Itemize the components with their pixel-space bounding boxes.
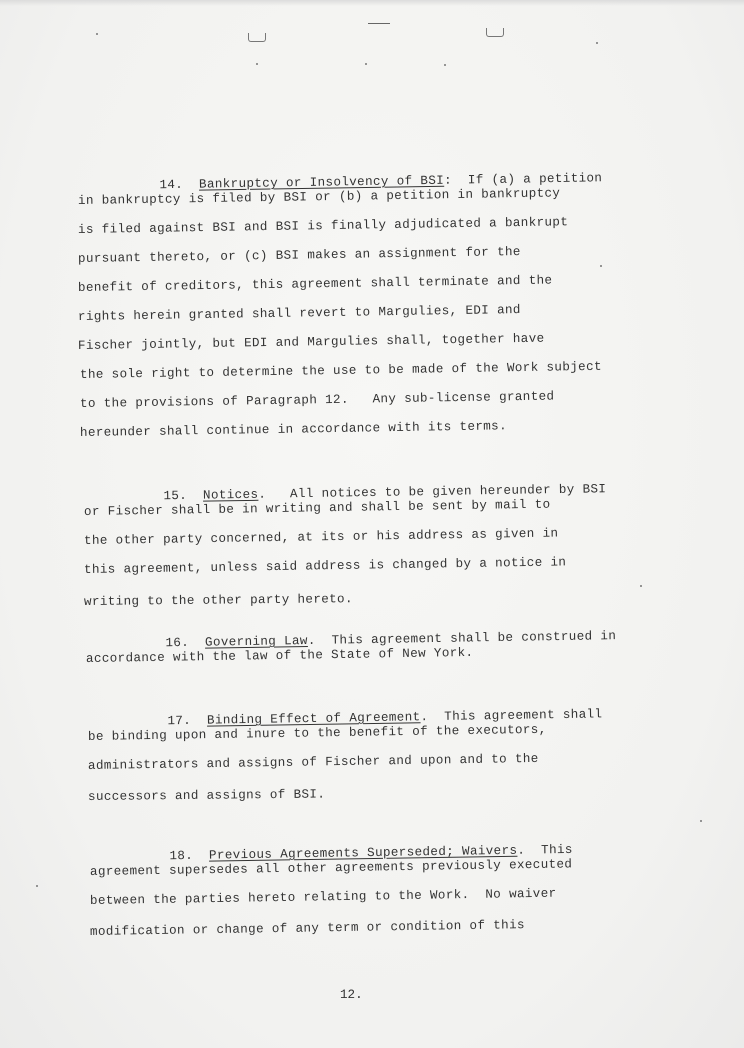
heading-punctuation: .: [308, 634, 316, 648]
text-line: rights herein granted shall revert to Ma…: [78, 303, 521, 324]
scan-artifact-speck: [444, 64, 446, 66]
scan-artifact-speck: [596, 42, 598, 44]
text-line: the other party concerned, at its or his…: [84, 527, 559, 548]
scan-artifact-mark: [486, 28, 504, 37]
text-line: If (a) a petition: [468, 171, 603, 187]
scanned-document-page: 14. Bankruptcy or Insolvency of BSI: If …: [0, 0, 744, 1048]
text-line: the sole right to determine the use to b…: [80, 360, 602, 382]
scan-artifact-speck: [640, 585, 642, 587]
paragraph-number: 16.: [165, 636, 189, 650]
scan-artifact-speck: [256, 63, 258, 65]
text-line: This: [541, 843, 573, 857]
heading-punctuation: :: [444, 174, 452, 188]
text-line: This agreement shall: [444, 707, 602, 723]
paragraph-heading: Notices: [203, 488, 259, 503]
text-line: is filed against BSI and BSI is finally …: [78, 215, 568, 237]
scan-artifact-speck: [365, 63, 367, 65]
text-line: benefit of creditors, this agreement sha…: [78, 274, 553, 295]
text-line: This agreement shall be construed in: [331, 629, 616, 647]
text-line: Fischer jointly, but EDI and Margulies s…: [78, 332, 545, 353]
text-line: between the parties hereto relating to t…: [90, 887, 557, 908]
text-line: administrators and assigns of Fischer an…: [88, 752, 539, 773]
heading-punctuation: .: [420, 710, 428, 724]
scan-artifact-speck: [700, 820, 702, 822]
scan-artifact-dash: [368, 23, 390, 24]
paragraph-number: 18.: [169, 849, 193, 863]
paragraph-number: 14.: [159, 178, 183, 192]
heading-punctuation: .: [258, 488, 266, 502]
heading-punctuation: .: [517, 844, 525, 858]
scan-artifact-mark: [248, 33, 266, 42]
text-line: writing to the other party hereto.: [84, 592, 353, 609]
text-line: this agreement, unless said address is c…: [84, 555, 567, 577]
scan-artifact-speck: [36, 885, 38, 887]
paragraph-number: 17.: [167, 714, 191, 728]
text-line: hereunder shall continue in accordance w…: [80, 419, 507, 440]
paragraph-number: 15.: [163, 489, 187, 503]
text-line: modification or change of any term or co…: [90, 918, 525, 939]
paragraph-heading: Governing Law: [205, 634, 308, 650]
scan-artifact-speck: [96, 33, 98, 35]
text-line: pursuant thereto, or (c) BSI makes an as…: [78, 245, 521, 266]
text-line: to the provisions of Paragraph 12. Any s…: [80, 390, 555, 411]
page-number: 12.: [340, 988, 363, 1002]
text-line: successors and assigns of BSI.: [88, 788, 325, 804]
scan-artifact-speck: [600, 265, 602, 267]
